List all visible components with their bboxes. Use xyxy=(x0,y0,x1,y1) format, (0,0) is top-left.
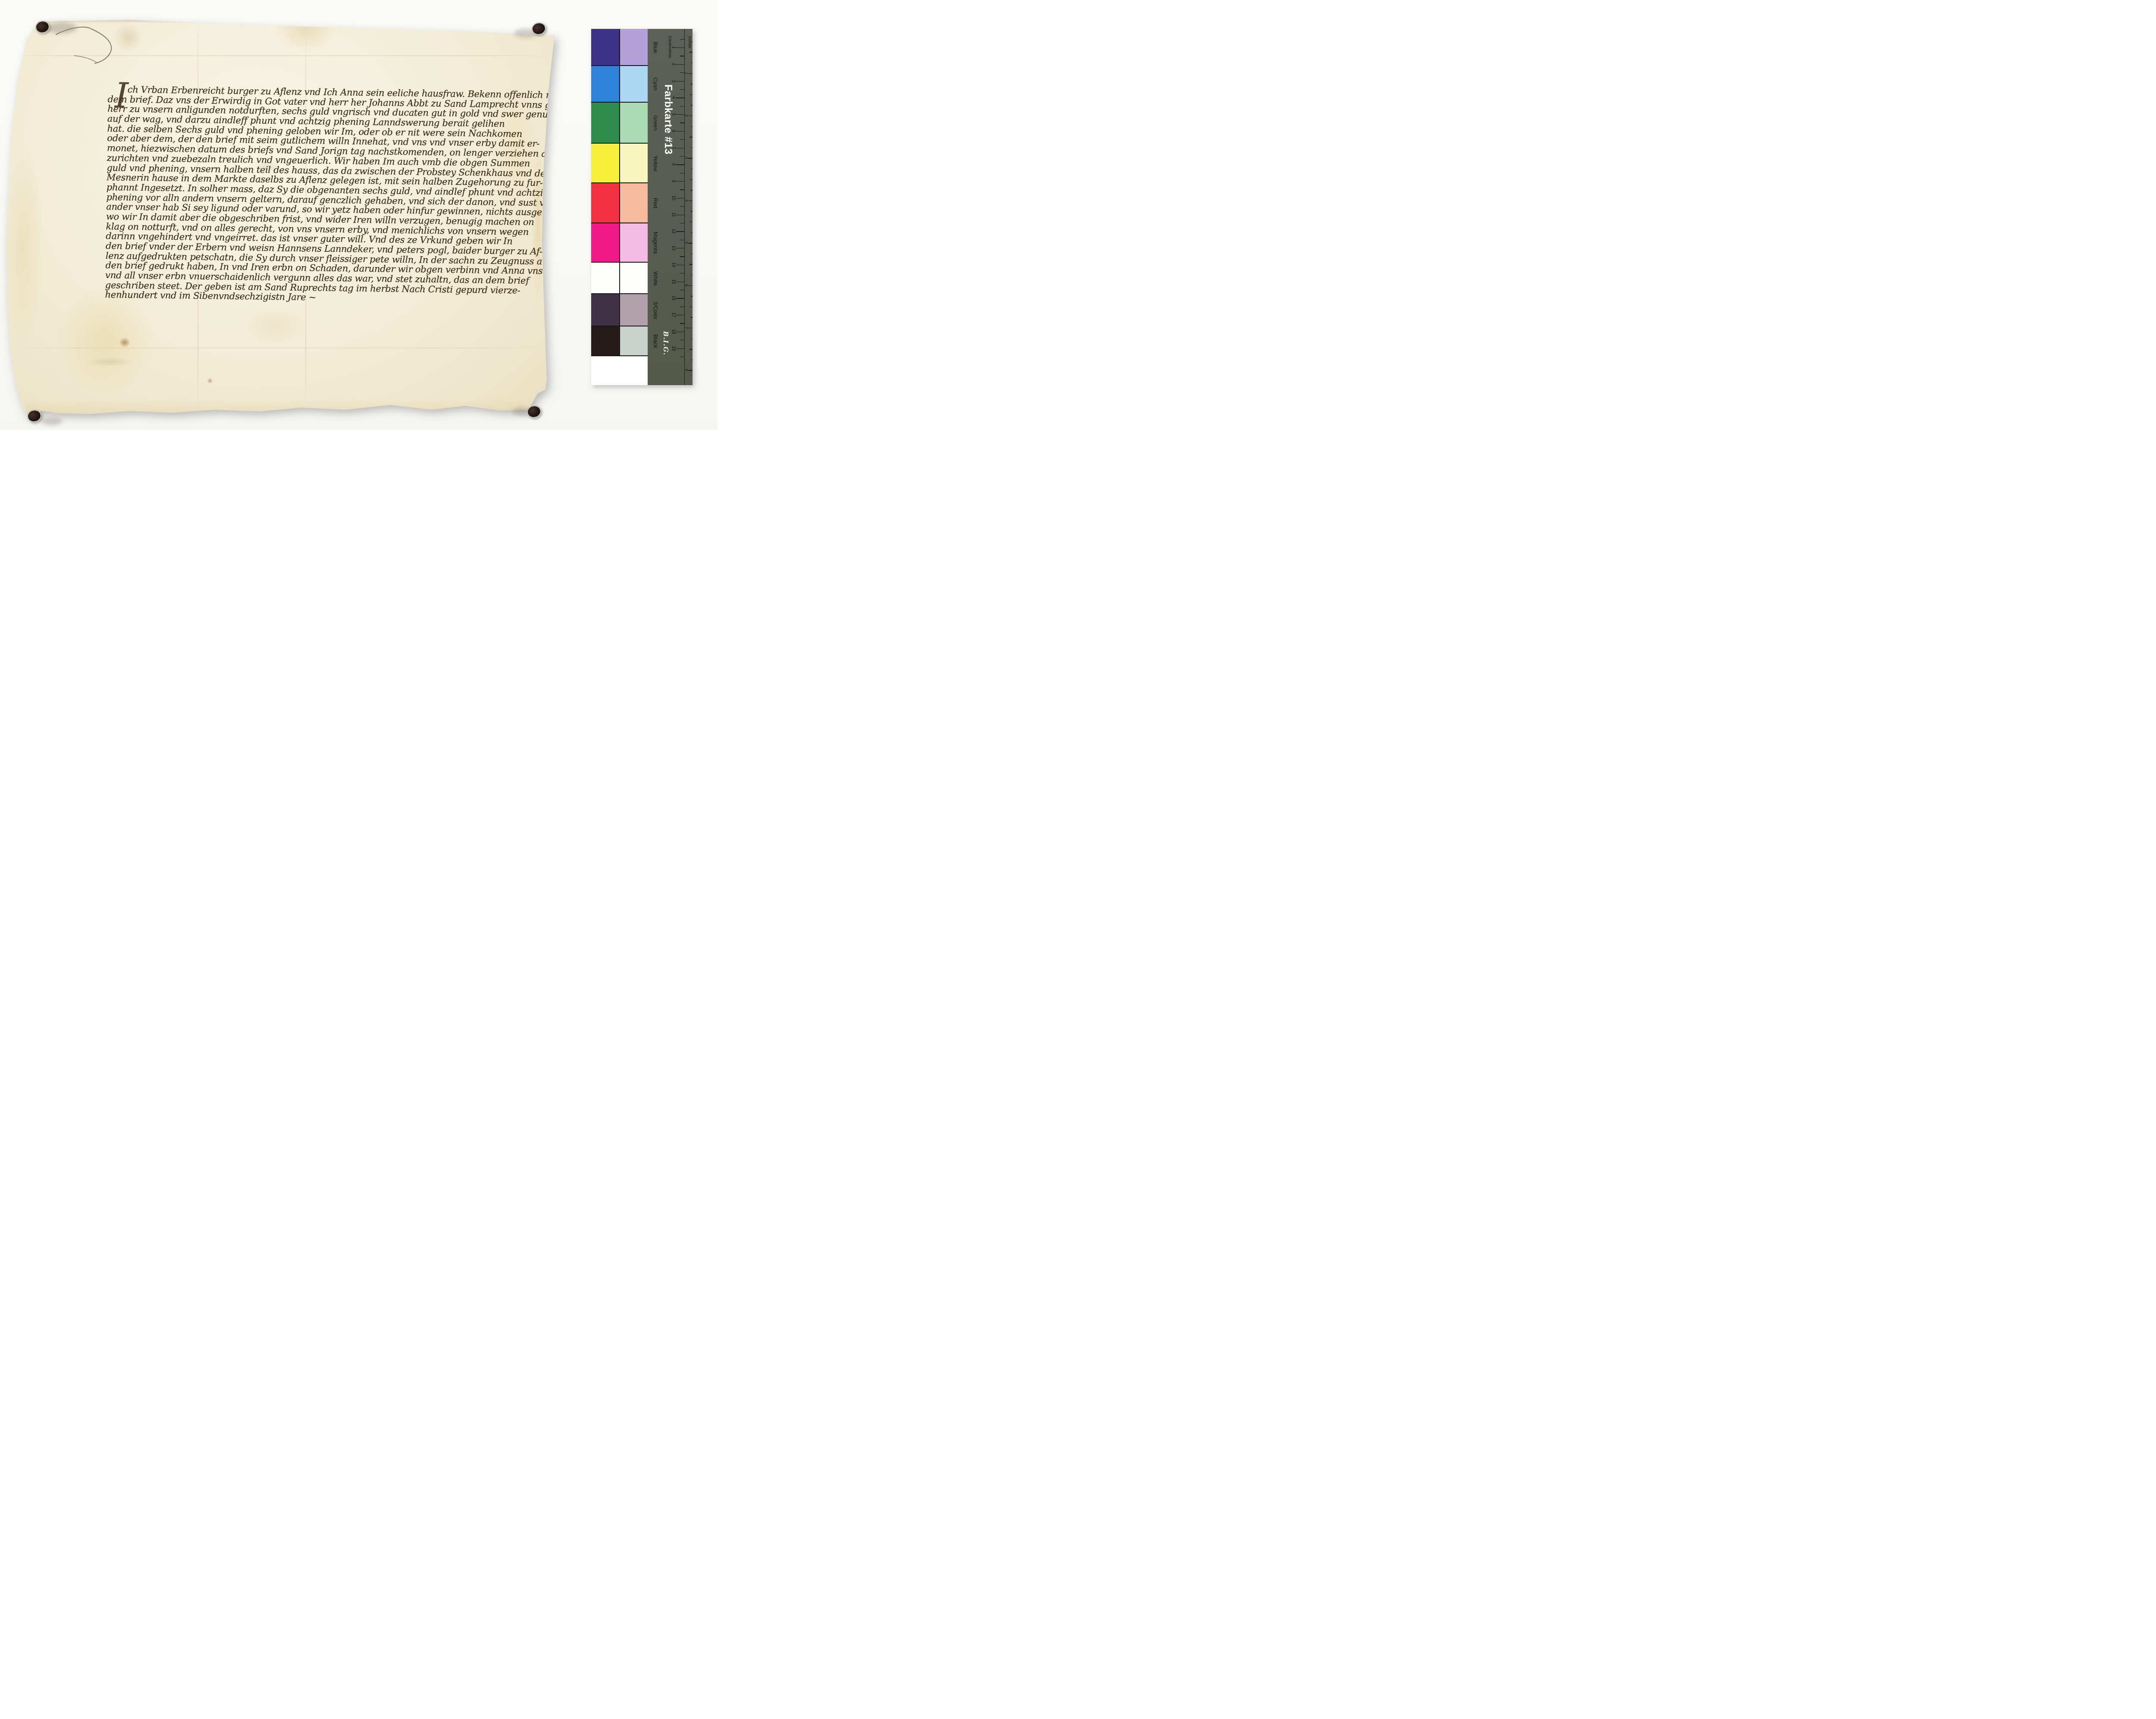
swatch-row xyxy=(591,326,648,355)
swatch-solid xyxy=(591,144,619,183)
swatch-row xyxy=(591,294,648,326)
ruler-inch-number: 1 xyxy=(684,72,689,74)
stain xyxy=(119,337,130,348)
ruler-tick xyxy=(688,285,693,286)
swatch-row xyxy=(591,103,648,143)
ruler-tick xyxy=(680,139,684,140)
fold-crease-horizontal xyxy=(9,55,545,56)
manuscript-text-block: ch Vrban Erbenreicht burger zu Aflenz vn… xyxy=(105,85,580,306)
ruler-cm-number: 14 xyxy=(671,262,676,267)
color-calibration-card: Farbkarte #13 B.I.G. Centimetres Inches … xyxy=(591,29,693,385)
ruler-tick xyxy=(676,265,684,265)
ruler-tick xyxy=(676,315,684,315)
ruler-tick xyxy=(676,231,684,232)
stain xyxy=(56,285,155,397)
parchment-document: I ch Vrban Erbenreicht burger zu Aflenz … xyxy=(0,0,573,430)
ruler-cm-number: 11 xyxy=(671,212,676,216)
ruler-inch-number: 6 xyxy=(684,284,689,286)
ruler-tick xyxy=(676,81,684,82)
swatch-row-label: Yellow xyxy=(652,155,659,171)
ruler-tick xyxy=(688,201,693,201)
ruler-tick xyxy=(680,323,684,323)
ruler-tick xyxy=(691,275,693,275)
ruler-tick xyxy=(689,179,693,180)
ruler-tick xyxy=(676,198,684,198)
ruler-tick xyxy=(691,147,693,148)
swatch-pastel xyxy=(620,223,648,262)
ruler-tick xyxy=(691,126,693,127)
ruler-cm-number: 7 xyxy=(671,147,676,149)
swatch-solid xyxy=(591,223,619,262)
ruler-inch-number: 5 xyxy=(684,242,689,244)
swatch-row-label: Green xyxy=(652,115,659,131)
ruler-tick xyxy=(689,222,693,222)
ruler-tick xyxy=(680,340,684,340)
swatch-row-label: Black xyxy=(652,334,659,348)
ruler-tick xyxy=(676,248,684,248)
ruler-inch-number: 7 xyxy=(684,326,689,329)
ruler-cm-number: 10 xyxy=(671,195,676,200)
ruler-tick xyxy=(691,339,693,339)
card-title: Farbkarte #13 xyxy=(662,85,674,155)
ruler-tick xyxy=(689,264,693,264)
ruler-cm-number: 15 xyxy=(671,279,676,284)
stain xyxy=(26,399,522,416)
swatch-pastel xyxy=(620,183,648,223)
ruler-tick xyxy=(689,307,693,307)
ruler-cm-number: 18 xyxy=(671,329,676,334)
ruler-inch-number: 8 xyxy=(684,369,689,371)
ruler-tick xyxy=(691,190,693,190)
ruler-tick xyxy=(676,114,684,115)
ruler-tick xyxy=(689,94,693,95)
swatch-pastel xyxy=(620,263,648,293)
ruler-tick xyxy=(691,63,693,63)
ruler-cm-number: 5 xyxy=(671,113,676,116)
ruler-tick xyxy=(689,52,693,52)
swatch-solid xyxy=(591,326,619,355)
ruler-tick xyxy=(688,370,693,370)
ruler-tick xyxy=(680,307,684,307)
ruler-tick xyxy=(691,84,693,84)
ruler-tick xyxy=(688,73,693,74)
swatch-pastel xyxy=(620,66,648,102)
ruler-inch-label: Inches xyxy=(687,36,692,48)
ruler-tick xyxy=(676,215,684,215)
ruler-tick xyxy=(680,357,684,357)
swatch-solid xyxy=(591,294,619,326)
top-edge-shade xyxy=(34,19,552,23)
ruler-tick xyxy=(676,64,684,65)
ruler-cm-number: 12 xyxy=(671,229,676,234)
swatch-row-label: White xyxy=(652,271,659,285)
swatch-row-label: Red xyxy=(652,198,659,208)
ruler-tick xyxy=(680,223,684,223)
photo-stage: I ch Vrban Erbenreicht burger zu Aflenz … xyxy=(0,0,718,430)
swatch-solid xyxy=(591,66,619,102)
ruler-inch-number: 2 xyxy=(684,114,689,116)
swatch-row-label: Blue xyxy=(652,42,659,53)
swatch-solid xyxy=(591,103,619,143)
ruler-tick xyxy=(691,211,693,211)
ruler-cm-number: 17 xyxy=(671,312,676,317)
ruler-tick xyxy=(676,332,684,332)
ruler-tick xyxy=(691,105,693,105)
ruler-cm-number: 4 xyxy=(671,96,676,99)
swatch-solid xyxy=(591,183,619,223)
ruler-cm-number: 19 xyxy=(671,346,676,351)
ruler-tick xyxy=(689,137,693,137)
ruler-cm-number: 8 xyxy=(671,163,676,166)
ruler-tick xyxy=(691,317,693,317)
ruler-tick xyxy=(680,173,684,173)
fold-crease-horizontal xyxy=(13,348,543,348)
swatch-row xyxy=(591,29,648,65)
ruler-tick xyxy=(680,290,684,290)
swatch-row xyxy=(591,223,648,262)
stain xyxy=(113,22,143,53)
ruler-tick xyxy=(680,206,684,207)
swatch-row xyxy=(591,66,648,102)
swatch-row xyxy=(591,263,648,293)
ruler-tick xyxy=(680,106,684,107)
ruler-tick xyxy=(680,273,684,273)
swatch-pastel xyxy=(620,294,648,326)
ruler-cm-number: 2 xyxy=(671,63,676,66)
swatch-pastel xyxy=(620,29,648,65)
ruler-tick xyxy=(676,97,684,98)
ruler-tick xyxy=(680,89,684,90)
ruler-tick xyxy=(688,328,693,328)
ruler-tick xyxy=(688,158,693,158)
ruler-tick xyxy=(680,56,684,56)
ruler-tick xyxy=(691,254,693,254)
ruler-tick xyxy=(680,256,684,257)
swatch-solid xyxy=(591,263,619,293)
ruler-tick xyxy=(691,360,693,360)
ruler-tick xyxy=(676,131,684,132)
stain xyxy=(4,142,43,349)
ruler-cm-number: 6 xyxy=(671,130,676,132)
swatch-row-label: Cyan xyxy=(652,78,659,91)
ruler-tick xyxy=(689,349,693,349)
ruler-tick xyxy=(691,41,693,42)
ruler-tick xyxy=(691,296,693,296)
ruler-tick xyxy=(688,243,693,243)
stain xyxy=(276,3,336,51)
swatch-row xyxy=(591,183,648,223)
ruler-tick xyxy=(676,298,684,298)
stain xyxy=(241,306,310,345)
swatch-pastel xyxy=(620,144,648,183)
ruler-tick xyxy=(691,169,693,169)
stain xyxy=(207,378,213,384)
ruler-tick xyxy=(680,39,684,40)
ruler-cm-number: 13 xyxy=(671,245,676,250)
ruler-cm-number: 9 xyxy=(671,180,676,182)
swatch-pastel xyxy=(620,103,648,143)
ruler-tick xyxy=(680,240,684,240)
ruler-tick xyxy=(676,348,684,349)
stain xyxy=(86,357,134,367)
ruler-cm-number: 1 xyxy=(671,46,676,49)
ruler-tick xyxy=(680,189,684,190)
card-label-panel: Farbkarte #13 B.I.G. Centimetres Inches … xyxy=(648,29,693,385)
swatch-row-label: Magenta xyxy=(652,232,659,254)
card-brand: B.I.G. xyxy=(662,331,670,356)
ruler-tick xyxy=(676,148,684,148)
swatch-row xyxy=(591,144,648,183)
swatch-row-label: 3/Color xyxy=(652,301,659,320)
swatch-pastel xyxy=(620,326,648,355)
ruler-tick xyxy=(691,232,693,233)
ruler-inch-number: 3 xyxy=(684,157,689,159)
ruler-tick xyxy=(676,47,684,48)
ruler-inch-number: 4 xyxy=(684,199,689,201)
ruler-cm-number: 16 xyxy=(671,296,676,301)
ruler-tick xyxy=(676,282,684,282)
ruler-tick xyxy=(680,122,684,123)
ruler-tick xyxy=(676,181,684,182)
ruler-tick xyxy=(688,116,693,116)
ruler-divider-line xyxy=(684,29,685,385)
swatch-grid xyxy=(591,29,649,356)
ruler-tick xyxy=(676,164,684,165)
swatch-solid xyxy=(591,29,619,65)
ruler-cm-number: 3 xyxy=(671,80,676,82)
